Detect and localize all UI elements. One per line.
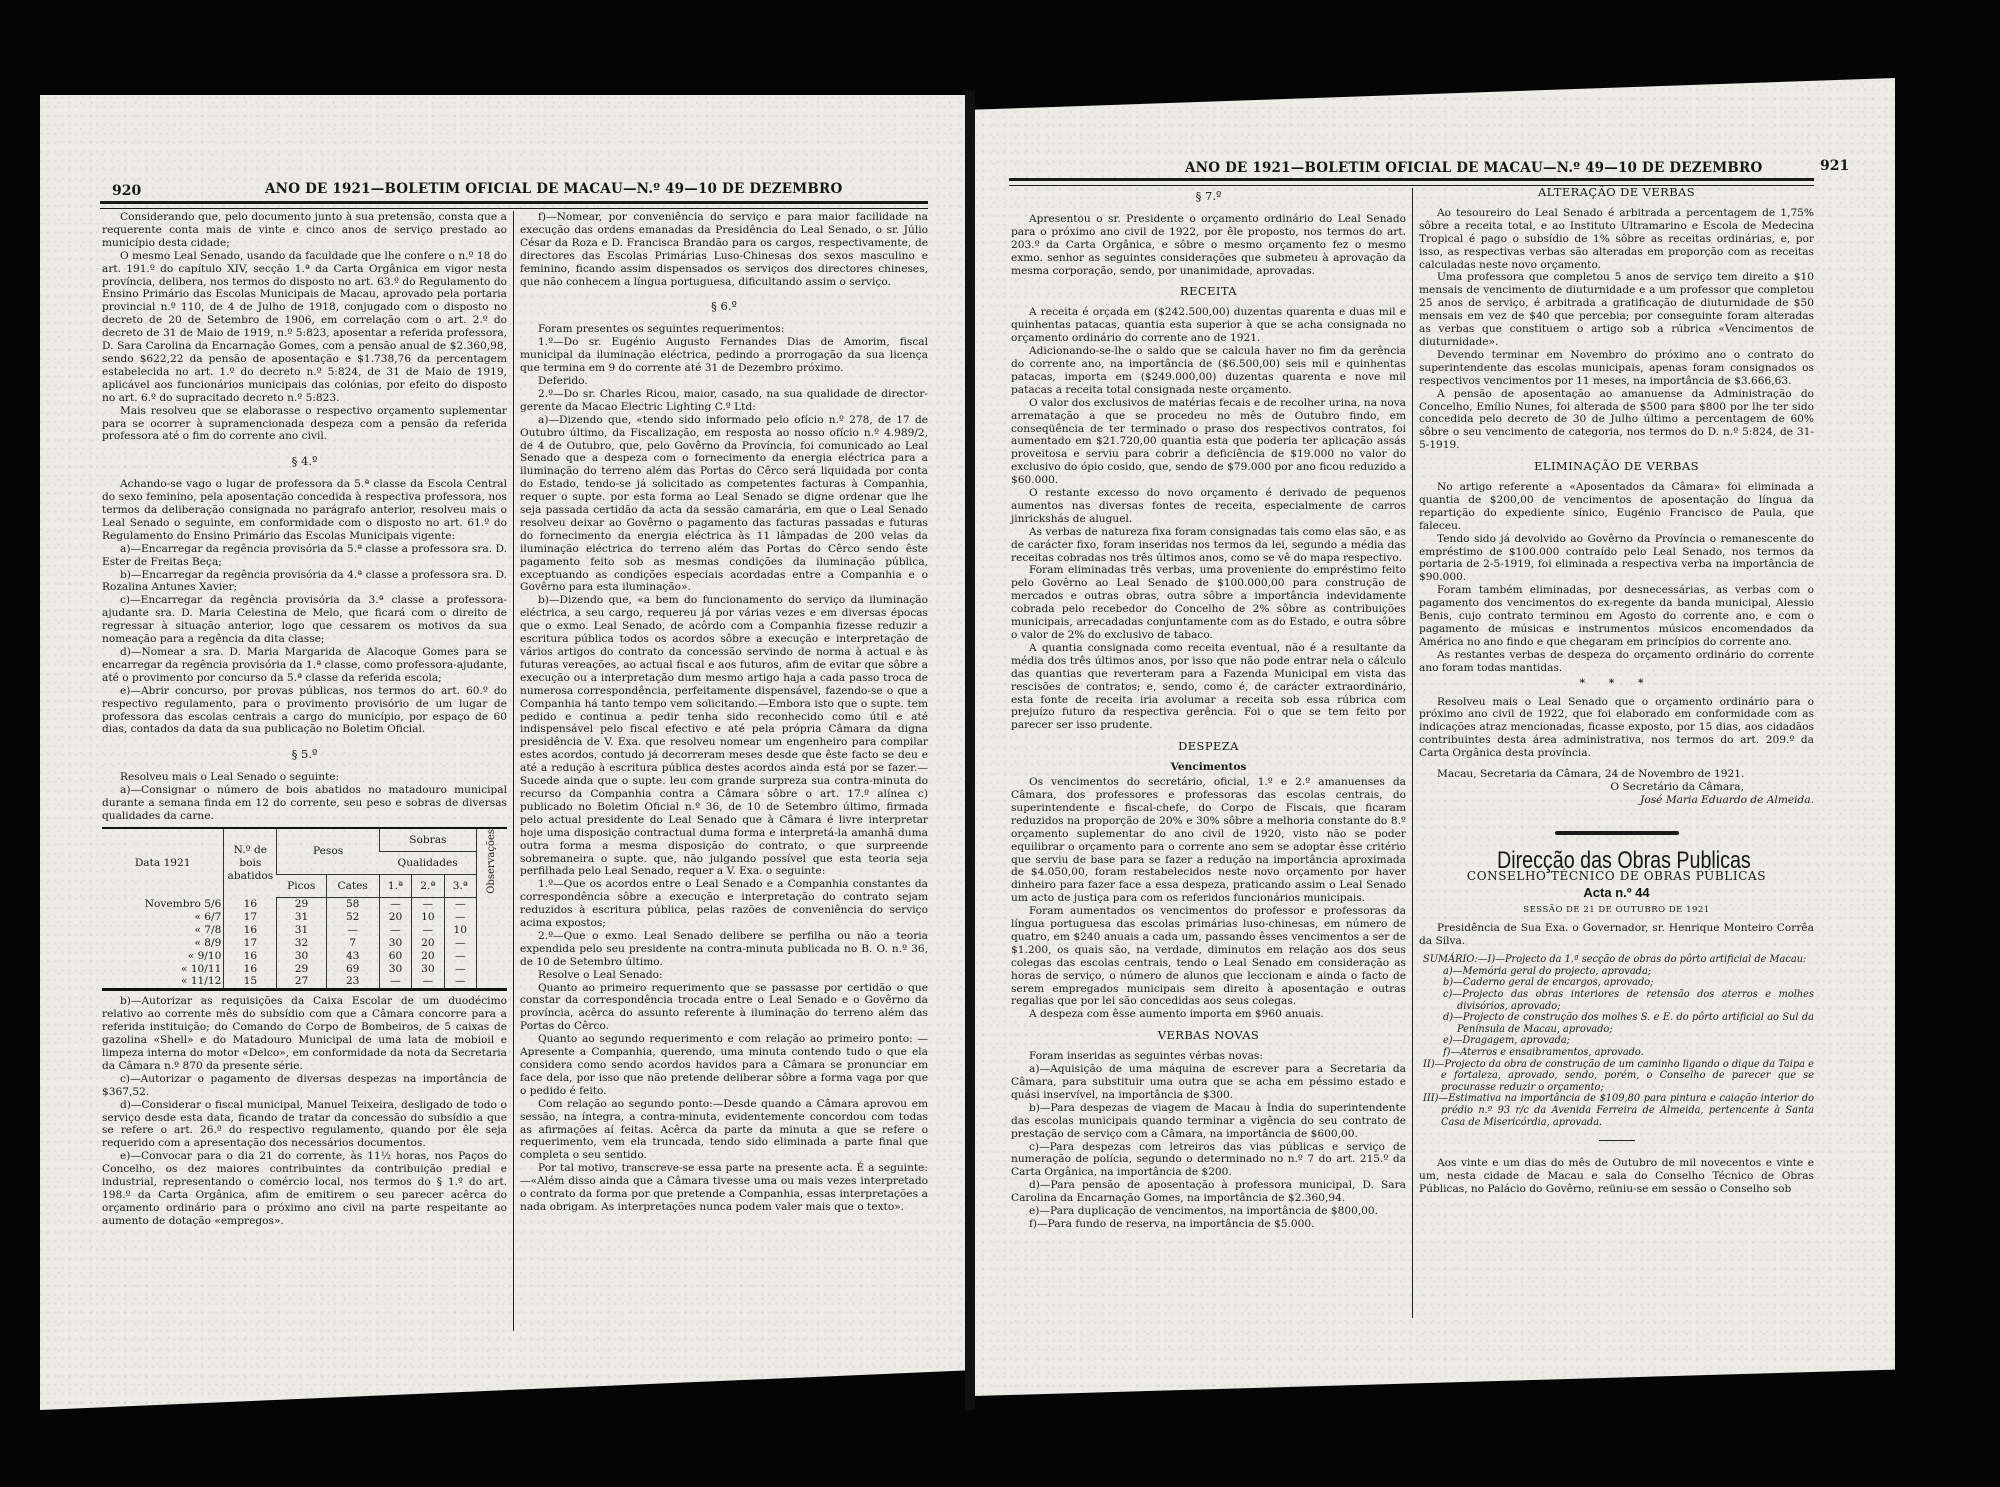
paragraph: O valor dos exclusivos de matérias fecai… — [1011, 397, 1406, 487]
list-item: c)—Autorizar o pagamento de diversas des… — [102, 1073, 507, 1099]
list-item: e)—Abrir concurso, por provas públicas, … — [102, 685, 507, 737]
running-title-right: ANO DE 1921—BOLETIM OFICIAL DE MACAU—N.º… — [1185, 160, 1762, 176]
table-cell: — — [444, 937, 476, 950]
summary-item: e)—Dragagem, aprovada; — [1419, 1035, 1814, 1047]
paragraph: Foram aumentados os vencimentos do profe… — [1011, 905, 1406, 1008]
paragraph: Tendo sido já devolvido ao Govêrno da Pr… — [1419, 533, 1814, 585]
table-cell: 30 — [379, 963, 411, 976]
table-cell: — — [412, 898, 444, 911]
heading-despeza: DESPEZA — [1011, 740, 1406, 753]
paragraph: A receita é orçada em ($242.500,00) duze… — [1011, 306, 1406, 345]
list-item: 2.º—Que o exmo. Leal Senado delibere se … — [520, 930, 928, 969]
summary-list: SUMÁRIO:—I)—Projecto da 1.ª secção de ob… — [1419, 954, 1814, 1128]
paragraph: Uma professora que completou 5 anos de s… — [1419, 271, 1814, 348]
list-item: e)—Convocar para o dia 21 do corrente, à… — [102, 1150, 507, 1227]
signature-name: José Maria Eduardo de Almeida. — [1419, 794, 1814, 807]
paragraph: Ao tesoureiro do Leal Senado é arbitrada… — [1419, 207, 1814, 272]
table-cell: 60 — [379, 950, 411, 963]
table-cell: 27 — [277, 975, 326, 989]
table-row: « 10/111629693030— — [102, 963, 507, 976]
paragraph: Mais resolveu que se elaborasse o respec… — [102, 405, 507, 444]
right-page-column-1: § 7.º Apresentou o sr. Presidente o orça… — [1011, 186, 1406, 1231]
section-heading: § 4.º — [102, 455, 507, 468]
paragraph: Os vencimentos do secretário, oficial, 1… — [1011, 776, 1406, 905]
left-page-column-2: f)—Nomear, por conveniência do serviço e… — [520, 211, 928, 1214]
table-cell: 30 — [379, 937, 411, 950]
subheading-vencimentos: Vencimentos — [1011, 761, 1406, 774]
table-cell: 58 — [326, 898, 379, 911]
short-divider — [1599, 1140, 1635, 1141]
paragraph: Adicionando-se-lhe o saldo que se calcul… — [1011, 345, 1406, 397]
paragraph: As verbas de natureza fixa foram consign… — [1011, 526, 1406, 565]
table-cell — [477, 975, 508, 989]
signature-title: O Secretário da Câmara, — [1419, 781, 1814, 794]
table-cell: 31 — [277, 924, 326, 937]
paragraph: Quanto ao primeiro requerimento que se p… — [520, 982, 928, 1034]
paragraph: Aos vinte e um dias do mês de Outubro de… — [1419, 1157, 1814, 1196]
section-heading: § 6.º — [520, 300, 928, 313]
col-header-obs: Observações — [477, 828, 508, 898]
col-header-q1: 1.ª — [379, 875, 411, 898]
table-cell — [477, 898, 508, 911]
table-row: « 7/81631———10 — [102, 924, 507, 937]
left-page-column-1: Considerando que, pelo documento junto à… — [102, 211, 507, 1228]
table-cell: 29 — [277, 963, 326, 976]
table-row: « 9/101630436020— — [102, 950, 507, 963]
list-item: a)—Aquisição de uma máquina de escrever … — [1011, 1063, 1406, 1102]
summary-item: d)—Projecto de construção dos molhes S. … — [1419, 1012, 1814, 1035]
table-cell: — — [412, 924, 444, 937]
list-item: a)—Dizendo que, «tendo sido informado pe… — [520, 414, 928, 595]
table-cell: 69 — [326, 963, 379, 976]
right-page-column-2: ALTERAÇÃO DE VERBAS Ao tesoureiro do Lea… — [1419, 186, 1814, 1196]
col-header-q3: 3.ª — [444, 875, 476, 898]
table-cell: 29 — [277, 898, 326, 911]
paragraph: Considerando que, pelo documento junto à… — [102, 211, 507, 250]
col-header-cates: Cates — [326, 875, 379, 898]
summary-item: II)—Projecto da obra de construção de um… — [1419, 1059, 1814, 1094]
summary-item: a)—Memória geral do projecto, aprovada; — [1419, 966, 1814, 978]
table-cell: 23 — [326, 975, 379, 989]
section-heading: § 5.º — [102, 748, 507, 761]
heading-alteracao-verbas: ALTERAÇÃO DE VERBAS — [1419, 186, 1814, 199]
list-item: d)—Para pensão de aposentação à professo… — [1011, 1179, 1406, 1205]
col-header-qualidades: Qualidades — [379, 852, 476, 875]
table-cell: « 8/9 — [102, 937, 224, 950]
table-cell: 16 — [224, 924, 277, 937]
table-cell: — — [444, 963, 476, 976]
paragraph: Deferido. — [520, 375, 928, 388]
table-cell: Novembro 5/6 — [102, 898, 224, 911]
col-header-bois: N.º de bois abatidos — [224, 828, 277, 898]
column-divider — [513, 211, 514, 1331]
table-cell: 10 — [412, 911, 444, 924]
right-page-921: ANO DE 1921—BOLETIM OFICIAL DE MACAU—N.º… — [975, 78, 1895, 1396]
dateline: Macau, Secretaria da Câmara, 24 de Novem… — [1419, 768, 1814, 781]
section-divider — [1555, 831, 1679, 835]
running-title-left: ANO DE 1921—BOLETIM OFICIAL DE MACAU—N.º… — [265, 181, 842, 197]
paragraph: Presidência de Sua Exa. o Governador, sr… — [1419, 922, 1814, 948]
list-item: f)—Para fundo de reserva, na importância… — [1011, 1218, 1406, 1231]
table-cell — [477, 950, 508, 963]
left-page-920: 920 ANO DE 1921—BOLETIM OFICIAL DE MACAU… — [40, 95, 965, 1410]
col-header-picos: Picos — [277, 875, 326, 898]
table-cell — [477, 963, 508, 976]
header-rule — [100, 201, 928, 209]
table-cell: 16 — [224, 963, 277, 976]
summary-item: c)—Projecto das obras interiores de rete… — [1419, 989, 1814, 1012]
table-cell: 31 — [277, 911, 326, 924]
summary-item: SUMÁRIO:—I)—Projecto da 1.ª secção de ob… — [1419, 954, 1814, 966]
list-item: a)—Consignar o número de bois abatidos n… — [102, 784, 507, 823]
table-cell: 30 — [412, 963, 444, 976]
list-item: b)—Encarregar da regência provisória da … — [102, 569, 507, 595]
list-item: b)—Para despezas de viagem de Macau à Ín… — [1011, 1102, 1406, 1141]
section-heading: § 7.º — [1011, 190, 1406, 203]
table-cell: 16 — [224, 898, 277, 911]
list-item: b)—Autorizar as requisições da Caixa Esc… — [102, 995, 507, 1072]
summary-item: f)—Aterros e ensaibramentos, aprovado. — [1419, 1047, 1814, 1059]
table-cell: « 7/8 — [102, 924, 224, 937]
paragraph: Com relação ao segundo ponto:—Desde quan… — [520, 1098, 928, 1163]
table-row: « 8/9173273020— — [102, 937, 507, 950]
slaughterhouse-table: Data 1921 N.º de bois abatidos Pesos Sob… — [102, 827, 507, 991]
list-item: b)—Dizendo que, «a bem do funcionamento … — [520, 594, 928, 878]
table-cell: — — [326, 924, 379, 937]
section-separator-stars: * * * — [1419, 677, 1814, 690]
heading-receita: RECEITA — [1011, 285, 1406, 298]
col-header-data: Data 1921 — [102, 828, 224, 898]
table-cell: 7 — [326, 937, 379, 950]
table-cell: 32 — [277, 937, 326, 950]
table-row: « 11/12152723——— — [102, 975, 507, 989]
paragraph: Foram inseridas as seguintes vérbas nova… — [1011, 1050, 1406, 1063]
table-cell: — — [444, 975, 476, 989]
paragraph: Quanto ao segundo requerimento e com rel… — [520, 1033, 928, 1098]
table-cell: « 10/11 — [102, 963, 224, 976]
page-number-right: 921 — [1820, 158, 1849, 174]
table-cell: — — [379, 898, 411, 911]
paragraph: Por tal motivo, transcreve-se essa parte… — [520, 1162, 928, 1214]
paragraph: O mesmo Leal Senado, usando da faculdade… — [102, 250, 507, 405]
table-cell: — — [379, 924, 411, 937]
table-cell — [477, 924, 508, 937]
department-title: Direcção das Obras Publicas — [1455, 855, 1779, 868]
list-item: f)—Nomear, por conveniência do serviço e… — [520, 211, 928, 288]
column-divider — [1412, 188, 1413, 1318]
list-item: d)—Nomear a sra. D. Maria Margarida de A… — [102, 646, 507, 685]
session-date: SESSÃO DE 21 DE OUTUBRO DE 1921 — [1419, 904, 1814, 917]
table-cell: — — [444, 911, 476, 924]
paragraph: Resolve o Leal Senado: — [520, 969, 928, 982]
col-header-pesos: Pesos — [277, 828, 379, 875]
paragraph: A despeza com êsse aumento importa em $9… — [1011, 1008, 1406, 1021]
table-cell: 16 — [224, 950, 277, 963]
summary-item: b)—Caderno geral de encargos, aprovado; — [1419, 977, 1814, 989]
table-cell: — — [412, 975, 444, 989]
paragraph: No artigo referente a «Aposentados da Câ… — [1419, 481, 1814, 533]
paragraph: Foram presentes os seguintes requeriment… — [520, 323, 928, 336]
paragraph: A pensão de aposentação ao amanuense da … — [1419, 388, 1814, 453]
col-header-sobras: Sobras — [379, 828, 476, 852]
list-item: 1.º—Que os acordos entre o Leal Senado e… — [520, 878, 928, 930]
table-cell: « 6/7 — [102, 911, 224, 924]
table-cell: — — [444, 898, 476, 911]
paragraph: Devendo terminar em Novembro do próximo … — [1419, 349, 1814, 388]
paragraph: 2.º—Do sr. Charles Ricou, maior, casado,… — [520, 388, 928, 414]
table-cell: « 9/10 — [102, 950, 224, 963]
heading-verbas-novas: VERBAS NOVAS — [1011, 1029, 1406, 1042]
list-item: d)—Considerar o fiscal municipal, Manuel… — [102, 1099, 507, 1151]
paragraph: Apresentou o sr. Presidente o orçamento … — [1011, 213, 1406, 278]
paragraph: Resolveu mais o Leal Senado o seguinte: — [102, 771, 507, 784]
paragraph: Foram eliminadas três verbas, uma proven… — [1011, 564, 1406, 641]
table-cell — [477, 937, 508, 950]
table-cell: 10 — [444, 924, 476, 937]
list-item: c)—Encarregar da regência provisória da … — [102, 594, 507, 646]
paragraph: A quantia consignada como receita eventu… — [1011, 642, 1406, 732]
book-gutter — [965, 90, 975, 1410]
table-row: Novembro 5/6162958——— — [102, 898, 507, 911]
summary-item: III)—Estimativa na importância de $109,8… — [1419, 1093, 1814, 1128]
table-cell: 17 — [224, 911, 277, 924]
paragraph: Achando-se vago o lugar de professora da… — [102, 478, 507, 543]
heading-eliminacao-verbas: ELIMINAÇÃO DE VERBAS — [1419, 460, 1814, 473]
table-cell: 30 — [277, 950, 326, 963]
col-header-q2: 2.ª — [412, 875, 444, 898]
paragraph: As restantes verbas de despeza do orçame… — [1419, 649, 1814, 675]
table-cell: — — [444, 950, 476, 963]
list-item: c)—Para despezas com letreiros das vias … — [1011, 1141, 1406, 1180]
table-cell: — — [379, 975, 411, 989]
paragraph: Resolveu mais o Leal Senado que o orçame… — [1419, 696, 1814, 761]
table-cell: 52 — [326, 911, 379, 924]
list-item: e)—Para duplicação de vencimentos, na im… — [1011, 1205, 1406, 1218]
list-item: a)—Encarregar da regência provisória da … — [102, 543, 507, 569]
paragraph: O restante excesso do novo orçamento é d… — [1011, 487, 1406, 526]
table-cell: 20 — [379, 911, 411, 924]
table-cell: 43 — [326, 950, 379, 963]
paragraph: 1.º—Do sr. Eugénio Augusto Fernandes Dia… — [520, 336, 928, 375]
table-cell: 20 — [412, 937, 444, 950]
acta-number: Acta n.º 44 — [1419, 887, 1814, 900]
table-row: « 6/71731522010— — [102, 911, 507, 924]
table-cell: 15 — [224, 975, 277, 989]
table-cell — [477, 911, 508, 924]
page-number-left: 920 — [112, 183, 141, 199]
table-cell: 20 — [412, 950, 444, 963]
table-cell: « 11/12 — [102, 975, 224, 989]
paragraph: Foram também eliminadas, por desnecessár… — [1419, 584, 1814, 649]
table-cell: 17 — [224, 937, 277, 950]
